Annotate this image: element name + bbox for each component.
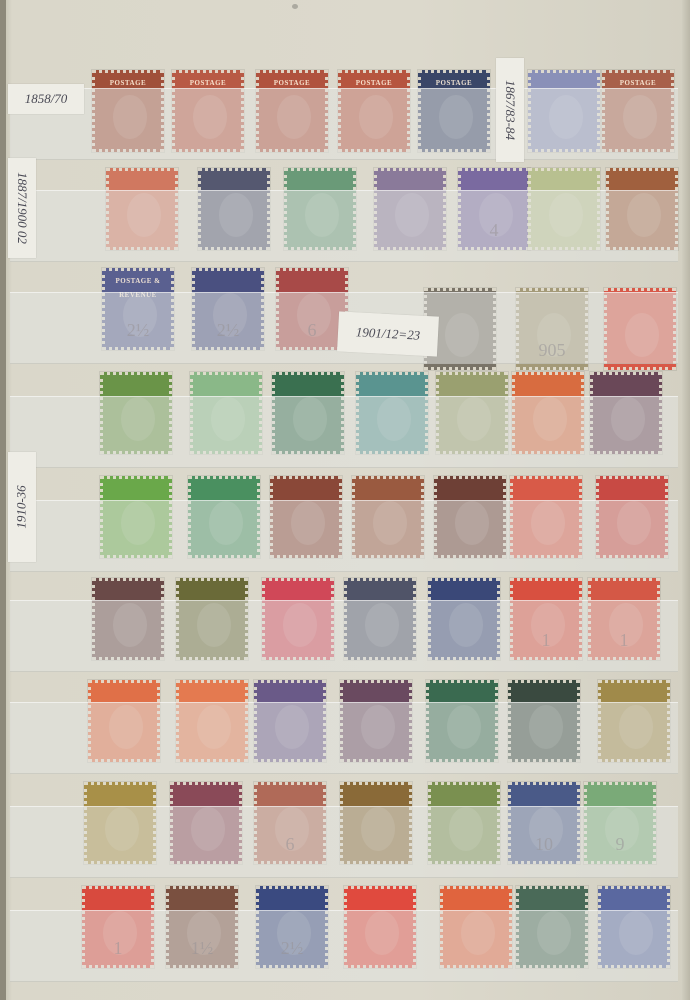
stamp-frame-text: POSTAGE [424, 76, 484, 90]
stamp-value: 2½ [259, 938, 325, 959]
stamp-frame-text: POSTAGE [178, 76, 238, 90]
stamp[interactable] [374, 168, 446, 250]
label-text: 1901/12=23 [355, 324, 420, 343]
portrait-icon [619, 911, 653, 955]
stamp-value: 1 [85, 938, 151, 959]
portrait-icon [365, 911, 399, 955]
portrait-icon [377, 397, 411, 441]
stamp[interactable] [512, 372, 584, 454]
stamp[interactable] [340, 782, 412, 864]
portrait-icon [449, 603, 483, 647]
page-edge [682, 0, 690, 1000]
stamp[interactable]: POSTAGE [338, 70, 410, 152]
label-1901-12-23: 1901/12=23 [337, 311, 439, 356]
label-text: 1867/83-84 [502, 80, 518, 140]
stamp-frame-text [516, 584, 576, 598]
stamp-frame-text [522, 892, 582, 906]
portrait-icon [447, 705, 481, 749]
stamp[interactable] [528, 168, 600, 250]
stamp[interactable] [176, 578, 248, 660]
stamp-value: 4 [461, 220, 527, 241]
stamp[interactable]: POSTAGE [92, 70, 164, 152]
stamp[interactable]: 905 [516, 288, 588, 370]
portrait-icon [293, 397, 327, 441]
stamp-frame-text [106, 482, 166, 496]
stamp-frame-text [434, 584, 494, 598]
portrait-icon [211, 397, 245, 441]
label-1887-1900-02: 1887/1900 02 [8, 158, 36, 258]
stamp-frame-text [90, 788, 150, 802]
stamp-frame-text [514, 686, 574, 700]
stamp-frame-text [182, 686, 242, 700]
portrait-icon [549, 95, 583, 139]
stamp[interactable] [590, 372, 662, 454]
stamp[interactable] [254, 680, 326, 762]
portrait-icon [121, 397, 155, 441]
stamp-frame-text [112, 174, 172, 188]
stamp[interactable]: 1 [510, 578, 582, 660]
portrait-icon [361, 807, 395, 851]
stamp-frame-text: POSTAGE [608, 76, 668, 90]
portrait-icon [373, 501, 407, 545]
portrait-icon [449, 807, 483, 851]
stamp[interactable] [352, 476, 424, 558]
portrait-icon [533, 397, 567, 441]
portrait-icon [193, 95, 227, 139]
stamp-frame-text [106, 378, 166, 392]
stamp-frame-text [518, 378, 578, 392]
stamp[interactable] [606, 168, 678, 250]
label-1910-36: 1910-36 [8, 452, 36, 562]
stamp-frame-text [610, 294, 670, 308]
stamp[interactable] [428, 782, 500, 864]
stamp-frame-text [260, 686, 320, 700]
portrait-icon [113, 603, 147, 647]
page-spine [0, 0, 6, 1000]
stamp-value: 1½ [169, 938, 235, 959]
portrait-icon [283, 603, 317, 647]
stamp[interactable]: POSTAGE [256, 70, 328, 152]
portrait-icon [191, 807, 225, 851]
stamp[interactable] [170, 782, 242, 864]
portrait-icon [625, 313, 659, 357]
portrait-icon [457, 397, 491, 441]
stamp-frame-text: POSTAGE [344, 76, 404, 90]
portrait-icon [529, 705, 563, 749]
stamp[interactable]: 9 [584, 782, 656, 864]
stamp[interactable] [604, 288, 676, 370]
stamp[interactable] [198, 168, 270, 250]
stamp-frame-text: POSTAGE [98, 76, 158, 90]
stamp-frame-text [534, 76, 594, 90]
stamp-frame-text [282, 274, 342, 288]
stamp-frame-text: POSTAGE [262, 76, 322, 90]
stamp-value: 905 [519, 340, 585, 361]
stamp-frame-text [380, 174, 440, 188]
portrait-icon [537, 911, 571, 955]
stamp-frame-text [204, 174, 264, 188]
label-1858-70: 1858/70 [8, 84, 84, 114]
portrait-icon [361, 705, 395, 749]
label-text: 1887/1900 02 [14, 172, 30, 244]
stamp[interactable]: POSTAGE [172, 70, 244, 152]
stamp[interactable] [528, 70, 600, 152]
portrait-icon [619, 705, 653, 749]
stamp-frame-text [442, 378, 502, 392]
stamp-frame-text [430, 294, 490, 308]
stamp-frame-text [194, 482, 254, 496]
stamp-frame-text [350, 892, 410, 906]
label-1867-83-84: 1867/83-84 [496, 58, 524, 162]
stamp[interactable] [88, 680, 160, 762]
portrait-icon [531, 501, 565, 545]
stamp[interactable] [516, 886, 588, 968]
stamp[interactable] [270, 476, 342, 558]
portrait-icon [439, 95, 473, 139]
stamp-frame-text [268, 584, 328, 598]
stamp-frame-text [362, 378, 422, 392]
stamp-frame-text [196, 378, 256, 392]
label-text: 1910-36 [14, 485, 30, 528]
stamp-value: 9 [587, 834, 653, 855]
portrait-icon [277, 95, 311, 139]
stamp-frame-text [198, 274, 258, 288]
portrait-icon [291, 501, 325, 545]
stamp-frame-text [276, 482, 336, 496]
portrait-icon [275, 705, 309, 749]
stamp-frame-text [602, 482, 662, 496]
stamp[interactable]: 1 [82, 886, 154, 968]
stamp-frame-text [522, 294, 582, 308]
stamp-frame-text [612, 174, 672, 188]
stamp-frame-text [514, 788, 574, 802]
stamp-frame-text [262, 892, 322, 906]
stamp-frame-text [346, 788, 406, 802]
stamp[interactable]: 1 [588, 578, 660, 660]
stamp-frame-text [594, 584, 654, 598]
stamp[interactable] [100, 372, 172, 454]
stamp[interactable] [598, 886, 670, 968]
stamp-frame-text [440, 482, 500, 496]
stamp-frame-text [172, 892, 232, 906]
stamp[interactable]: POSTAGE & REVENUE2½ [102, 268, 174, 350]
portrait-icon [197, 705, 231, 749]
stockbook-page: POSTAGEPOSTAGEPOSTAGEPOSTAGEPOSTAGEPOSTA… [0, 0, 690, 1000]
stamp[interactable] [356, 372, 428, 454]
stamp-frame-text: POSTAGE & REVENUE [108, 274, 168, 288]
stamp[interactable] [510, 476, 582, 558]
stamp-frame-text [260, 788, 320, 802]
stamp[interactable] [190, 372, 262, 454]
stamp[interactable] [84, 782, 156, 864]
stamp[interactable] [436, 372, 508, 454]
dust-speck [292, 4, 298, 9]
stamp[interactable] [508, 680, 580, 762]
portrait-icon [627, 193, 661, 237]
stamp-frame-text [176, 788, 236, 802]
portrait-icon [611, 397, 645, 441]
stamp-frame-text [464, 174, 524, 188]
label-text: 1858/70 [25, 91, 68, 107]
portrait-icon [209, 501, 243, 545]
stamp[interactable] [176, 680, 248, 762]
stamp-frame-text [604, 892, 664, 906]
stamp[interactable] [100, 476, 172, 558]
stamp[interactable] [596, 476, 668, 558]
stamp-frame-text [596, 378, 656, 392]
portrait-icon [127, 193, 161, 237]
portrait-icon [617, 501, 651, 545]
stamp[interactable]: POSTAGE [418, 70, 490, 152]
portrait-icon [219, 193, 253, 237]
stamp[interactable] [344, 578, 416, 660]
stamp-frame-text [446, 892, 506, 906]
stamp[interactable] [106, 168, 178, 250]
stamp-frame-text [88, 892, 148, 906]
portrait-icon [395, 193, 429, 237]
stamp[interactable] [188, 476, 260, 558]
stamp-frame-text [94, 686, 154, 700]
stamp[interactable]: 2½ [256, 886, 328, 968]
stamp-frame-text [516, 482, 576, 496]
stamp[interactable] [272, 372, 344, 454]
stamp-frame-text [182, 584, 242, 598]
stamp-value: 6 [257, 834, 323, 855]
stamp-value: 2½ [195, 320, 261, 341]
stamp-value: 1 [513, 630, 579, 651]
portrait-icon [105, 807, 139, 851]
stamp[interactable] [262, 578, 334, 660]
stamp-frame-text [534, 174, 594, 188]
stamp[interactable] [598, 680, 670, 762]
portrait-icon [549, 193, 583, 237]
stamp[interactable] [440, 886, 512, 968]
stamp[interactable] [434, 476, 506, 558]
stamp-frame-text [98, 584, 158, 598]
stamp[interactable]: 2½ [192, 268, 264, 350]
stamp-frame-text [358, 482, 418, 496]
portrait-icon [109, 705, 143, 749]
stamp-frame-text [278, 378, 338, 392]
portrait-icon [113, 95, 147, 139]
portrait-icon [359, 95, 393, 139]
portrait-icon [365, 603, 399, 647]
portrait-icon [623, 95, 657, 139]
stamp-frame-text [604, 686, 664, 700]
stamp[interactable] [426, 680, 498, 762]
stamp-frame-text [350, 584, 410, 598]
stamp-frame-text [346, 686, 406, 700]
stamp-value: 1 [591, 630, 657, 651]
portrait-icon [445, 313, 479, 357]
stamp[interactable]: 6 [254, 782, 326, 864]
stamp[interactable]: 1½ [166, 886, 238, 968]
stamp[interactable] [92, 578, 164, 660]
stamp[interactable]: POSTAGE [602, 70, 674, 152]
stamp[interactable]: 10 [508, 782, 580, 864]
stamp-frame-text [590, 788, 650, 802]
stamp-value: 2½ [105, 320, 171, 341]
stamp[interactable] [284, 168, 356, 250]
stamp-value: 6 [279, 320, 345, 341]
portrait-icon [461, 911, 495, 955]
stamp-frame-text [290, 174, 350, 188]
portrait-icon [121, 501, 155, 545]
stamp-frame-text [432, 686, 492, 700]
portrait-icon [455, 501, 489, 545]
portrait-icon [197, 603, 231, 647]
stamp[interactable] [428, 578, 500, 660]
stamp-value: 10 [511, 834, 577, 855]
stamp[interactable] [344, 886, 416, 968]
stamp[interactable] [340, 680, 412, 762]
portrait-icon [305, 193, 339, 237]
stamp-frame-text [434, 788, 494, 802]
stamp[interactable]: 4 [458, 168, 530, 250]
